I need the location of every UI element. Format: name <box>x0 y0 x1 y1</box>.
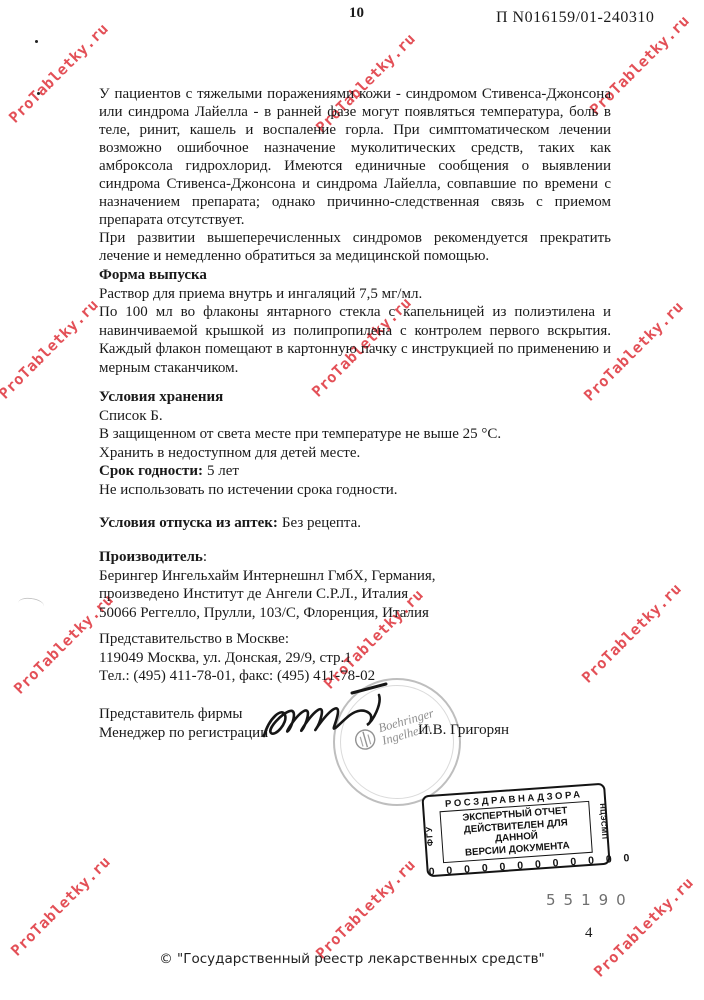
pencil-mark <box>17 596 45 612</box>
scan-speck <box>37 92 40 95</box>
shelf-life-label: Срок годности: <box>99 463 203 479</box>
watermark-text: ProTabletky.ru <box>312 855 419 962</box>
text-line: синдрома Стивенса-Джонсона и синдрома Ла… <box>99 175 611 193</box>
section-shelf-life: Срок годности:5 лет Не использовать по и… <box>99 462 611 499</box>
text-line: возможно ошибочное назначение муколитиче… <box>99 139 611 157</box>
manufacturer-label: Производитель <box>99 549 203 565</box>
text-line: Не использовать по истечении срока годно… <box>99 481 611 500</box>
section-release-form: Форма выпуска Раствор для приема внутрь … <box>99 266 611 377</box>
text-line: Берингер Ингельхайм Интернешнл ГмбХ, Гер… <box>99 567 611 586</box>
batch-stamp-number: 55190 <box>546 891 634 909</box>
signer-name: И.В. Григорян <box>418 722 509 739</box>
text-line: произведено Институт де Ангели С.Р.Л., И… <box>99 585 611 604</box>
registration-number: П N016159/01-240310 <box>496 9 654 27</box>
watermark-text: ProTabletky.ru <box>7 852 114 959</box>
section-heading: Форма выпуска <box>99 266 611 285</box>
text-line: навинчиваемой крышкой из полипропилена с… <box>99 322 611 341</box>
text-line: 119049 Москва, ул. Донская, 29/9, стр.1 <box>99 649 611 668</box>
text-line: Хранить в недоступном для детей месте. <box>99 444 611 463</box>
text-line: Список Б. <box>99 407 611 426</box>
text-line: По 100 мл во флаконы янтарного стекла с … <box>99 303 611 322</box>
text-line: лечение и немедленно обратиться за медиц… <box>99 247 611 265</box>
text-line: амброксола гидрохлорид. Имеются единичны… <box>99 157 611 175</box>
text-line: Представительство в Москве: <box>99 630 611 649</box>
scan-speck <box>35 40 38 43</box>
text-line: При развитии вышеперечисленных синдромов… <box>99 229 611 247</box>
section-heading: Условия хранения <box>99 388 611 407</box>
text-line: Каждый флакон помещают в картонную пачку… <box>99 340 611 359</box>
page-top-number: 10 <box>349 5 364 22</box>
handwritten-signature <box>256 680 416 760</box>
text-line: мерным стаканчиком. <box>99 359 611 378</box>
manufacturer-colon: : <box>203 549 207 565</box>
text-line: У пациентов с тяжелыми поражениями кожи … <box>99 85 611 103</box>
copyright-line: © "Государственный реестр лекарственных … <box>0 951 704 967</box>
roszdravnadzor-stamp: РОСЗДРАВНАДЗОРА ЭКСПЕРТНЫЙ ОТЧЕТ ДЕЙСТВИ… <box>421 783 610 878</box>
text-line: В защищенном от света месте при температ… <box>99 425 611 444</box>
page-number: 4 <box>585 925 593 942</box>
dispensing-label: Условия отпуска из аптек: <box>99 515 278 531</box>
watermark-text: ProTabletky.ru <box>0 295 102 402</box>
section-storage-conditions: Условия хранения Список Б. В защищенном … <box>99 388 611 462</box>
section-dispensing: Условия отпуска из аптек:Без рецепта. <box>99 514 611 533</box>
dispensing-value: Без рецепта. <box>282 515 361 531</box>
stamp-left-text: ФГУ <box>424 826 435 847</box>
watermark-text: ProTabletky.ru <box>5 19 112 126</box>
text-line: теле, ринит, кашель и воспаление горла. … <box>99 121 611 139</box>
stamp-right-text: НЦЭСМП <box>598 803 610 840</box>
paragraph-adverse-reactions: У пациентов с тяжелыми поражениями кожи … <box>99 85 611 265</box>
document-page: { "watermark": { "text": "ProTabletky.ru… <box>0 0 704 1000</box>
text-line: 50066 Реггелло, Прулли, 103/С, Флоренция… <box>99 604 611 623</box>
text-line: препарата отсутствует. <box>99 211 611 229</box>
section-manufacturer: Производитель: Берингер Ингельхайм Интер… <box>99 548 611 622</box>
section-representative-office: Представительство в Москве: 119049 Москв… <box>99 630 611 686</box>
text-line: или синдрома Лайелла - в ранней фазе мог… <box>99 103 611 121</box>
shelf-life-value: 5 лет <box>207 463 239 479</box>
text-line: назначением препарата; однако причинно-с… <box>99 193 611 211</box>
text-line: Раствор для приема внутрь и ингаляций 7,… <box>99 285 611 304</box>
